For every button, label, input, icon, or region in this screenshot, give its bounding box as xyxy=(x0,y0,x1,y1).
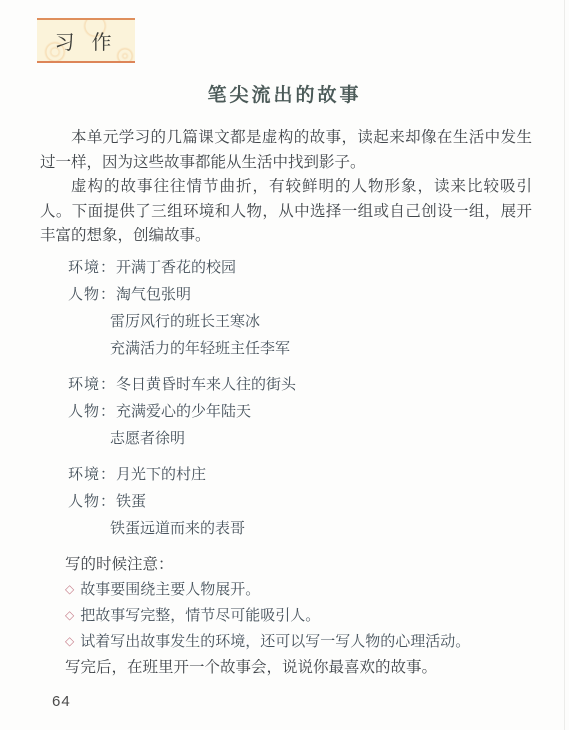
note-item: ◇试着写出故事发生的环境，还可以写一写人物的心理活动。 xyxy=(65,629,532,655)
note-text: 故事要围绕主要人物展开。 xyxy=(80,580,260,598)
note-text: 试着写出故事发生的环境，还可以写一写人物的心理活动。 xyxy=(80,632,470,650)
characters-line: 人物：淘气包张明 xyxy=(68,281,532,308)
page-number: 64 xyxy=(52,693,71,710)
note-item: ◇把故事写完整，情节尽可能吸引人。 xyxy=(65,603,532,629)
characters-line: 人物：充满爱心的少年陆天 xyxy=(68,398,532,425)
scan-edge-shadow xyxy=(564,0,565,730)
environment-value: 冬日黄昏时车来人往的街头 xyxy=(116,375,296,393)
character-line: 雷厉风行的班长王寒冰 xyxy=(68,308,532,335)
intro-paragraph-1: 本单元学习的几篇课文都是虚构的故事，读起来却像在生活中发生过一样，因为这些故事都… xyxy=(40,126,532,175)
characters-line: 人物：铁蛋 xyxy=(68,488,532,515)
environment-value: 月光下的村庄 xyxy=(116,465,206,483)
character-value: 铁蛋 xyxy=(116,492,146,510)
characters-label: 人物： xyxy=(68,402,116,420)
environment-label: 环境： xyxy=(68,465,116,483)
character-value: 淘气包张明 xyxy=(116,285,191,303)
characters-label: 人物： xyxy=(68,285,116,303)
writing-notes: 写的时候注意： ◇故事要围绕主要人物展开。 ◇把故事写完整，情节尽可能吸引人。 … xyxy=(40,552,532,680)
environment-value: 开满丁香花的校园 xyxy=(116,258,236,276)
scenario-group-2: 环境：冬日黄昏时车来人往的街头 人物：充满爱心的少年陆天 志愿者徐明 xyxy=(40,371,532,452)
diamond-bullet-icon: ◇ xyxy=(65,608,74,622)
scenario-group-1: 环境：开满丁香花的校园 人物：淘气包张明 雷厉风行的班长王寒冰 充满活力的年轻班… xyxy=(40,254,532,362)
environment-label: 环境： xyxy=(68,375,116,393)
intro-paragraph-2: 虚构的故事往往情节曲折，有较鲜明的人物形象，读来比较吸引人。下面提供了三组环境和… xyxy=(40,175,532,249)
character-line: 铁蛋远道而来的表哥 xyxy=(68,515,532,542)
notes-heading: 写的时候注意： xyxy=(65,552,532,577)
diamond-bullet-icon: ◇ xyxy=(65,582,74,596)
note-item: ◇故事要围绕主要人物展开。 xyxy=(65,577,532,603)
page-title: 笔尖流出的故事 xyxy=(0,80,569,107)
note-text: 把故事写完整，情节尽可能吸引人。 xyxy=(80,606,320,624)
environment-line: 环境：冬日黄昏时车来人往的街头 xyxy=(68,371,532,398)
characters-label: 人物： xyxy=(68,492,116,510)
character-line: 充满活力的年轻班主任李军 xyxy=(68,335,532,362)
environment-line: 环境：开满丁香花的校园 xyxy=(68,254,532,281)
notes-closing: 写完后，在班里开一个故事会，说说你最喜欢的故事。 xyxy=(65,655,532,680)
textbook-page: 习 作 笔尖流出的故事 本单元学习的几篇课文都是虚构的故事，读起来却像在生活中发… xyxy=(0,0,569,730)
scenario-group-3: 环境：月光下的村庄 人物：铁蛋 铁蛋远道而来的表哥 xyxy=(40,461,532,542)
environment-line: 环境：月光下的村庄 xyxy=(68,461,532,488)
character-value: 充满爱心的少年陆天 xyxy=(116,402,251,420)
diamond-bullet-icon: ◇ xyxy=(65,634,74,648)
page-content: 本单元学习的几篇课文都是虚构的故事，读起来却像在生活中发生过一样，因为这些故事都… xyxy=(40,126,532,680)
character-line: 志愿者徐明 xyxy=(68,425,532,452)
environment-label: 环境： xyxy=(68,258,116,276)
exercise-badge-label: 习 作 xyxy=(55,26,118,55)
exercise-badge: 习 作 xyxy=(37,18,135,63)
